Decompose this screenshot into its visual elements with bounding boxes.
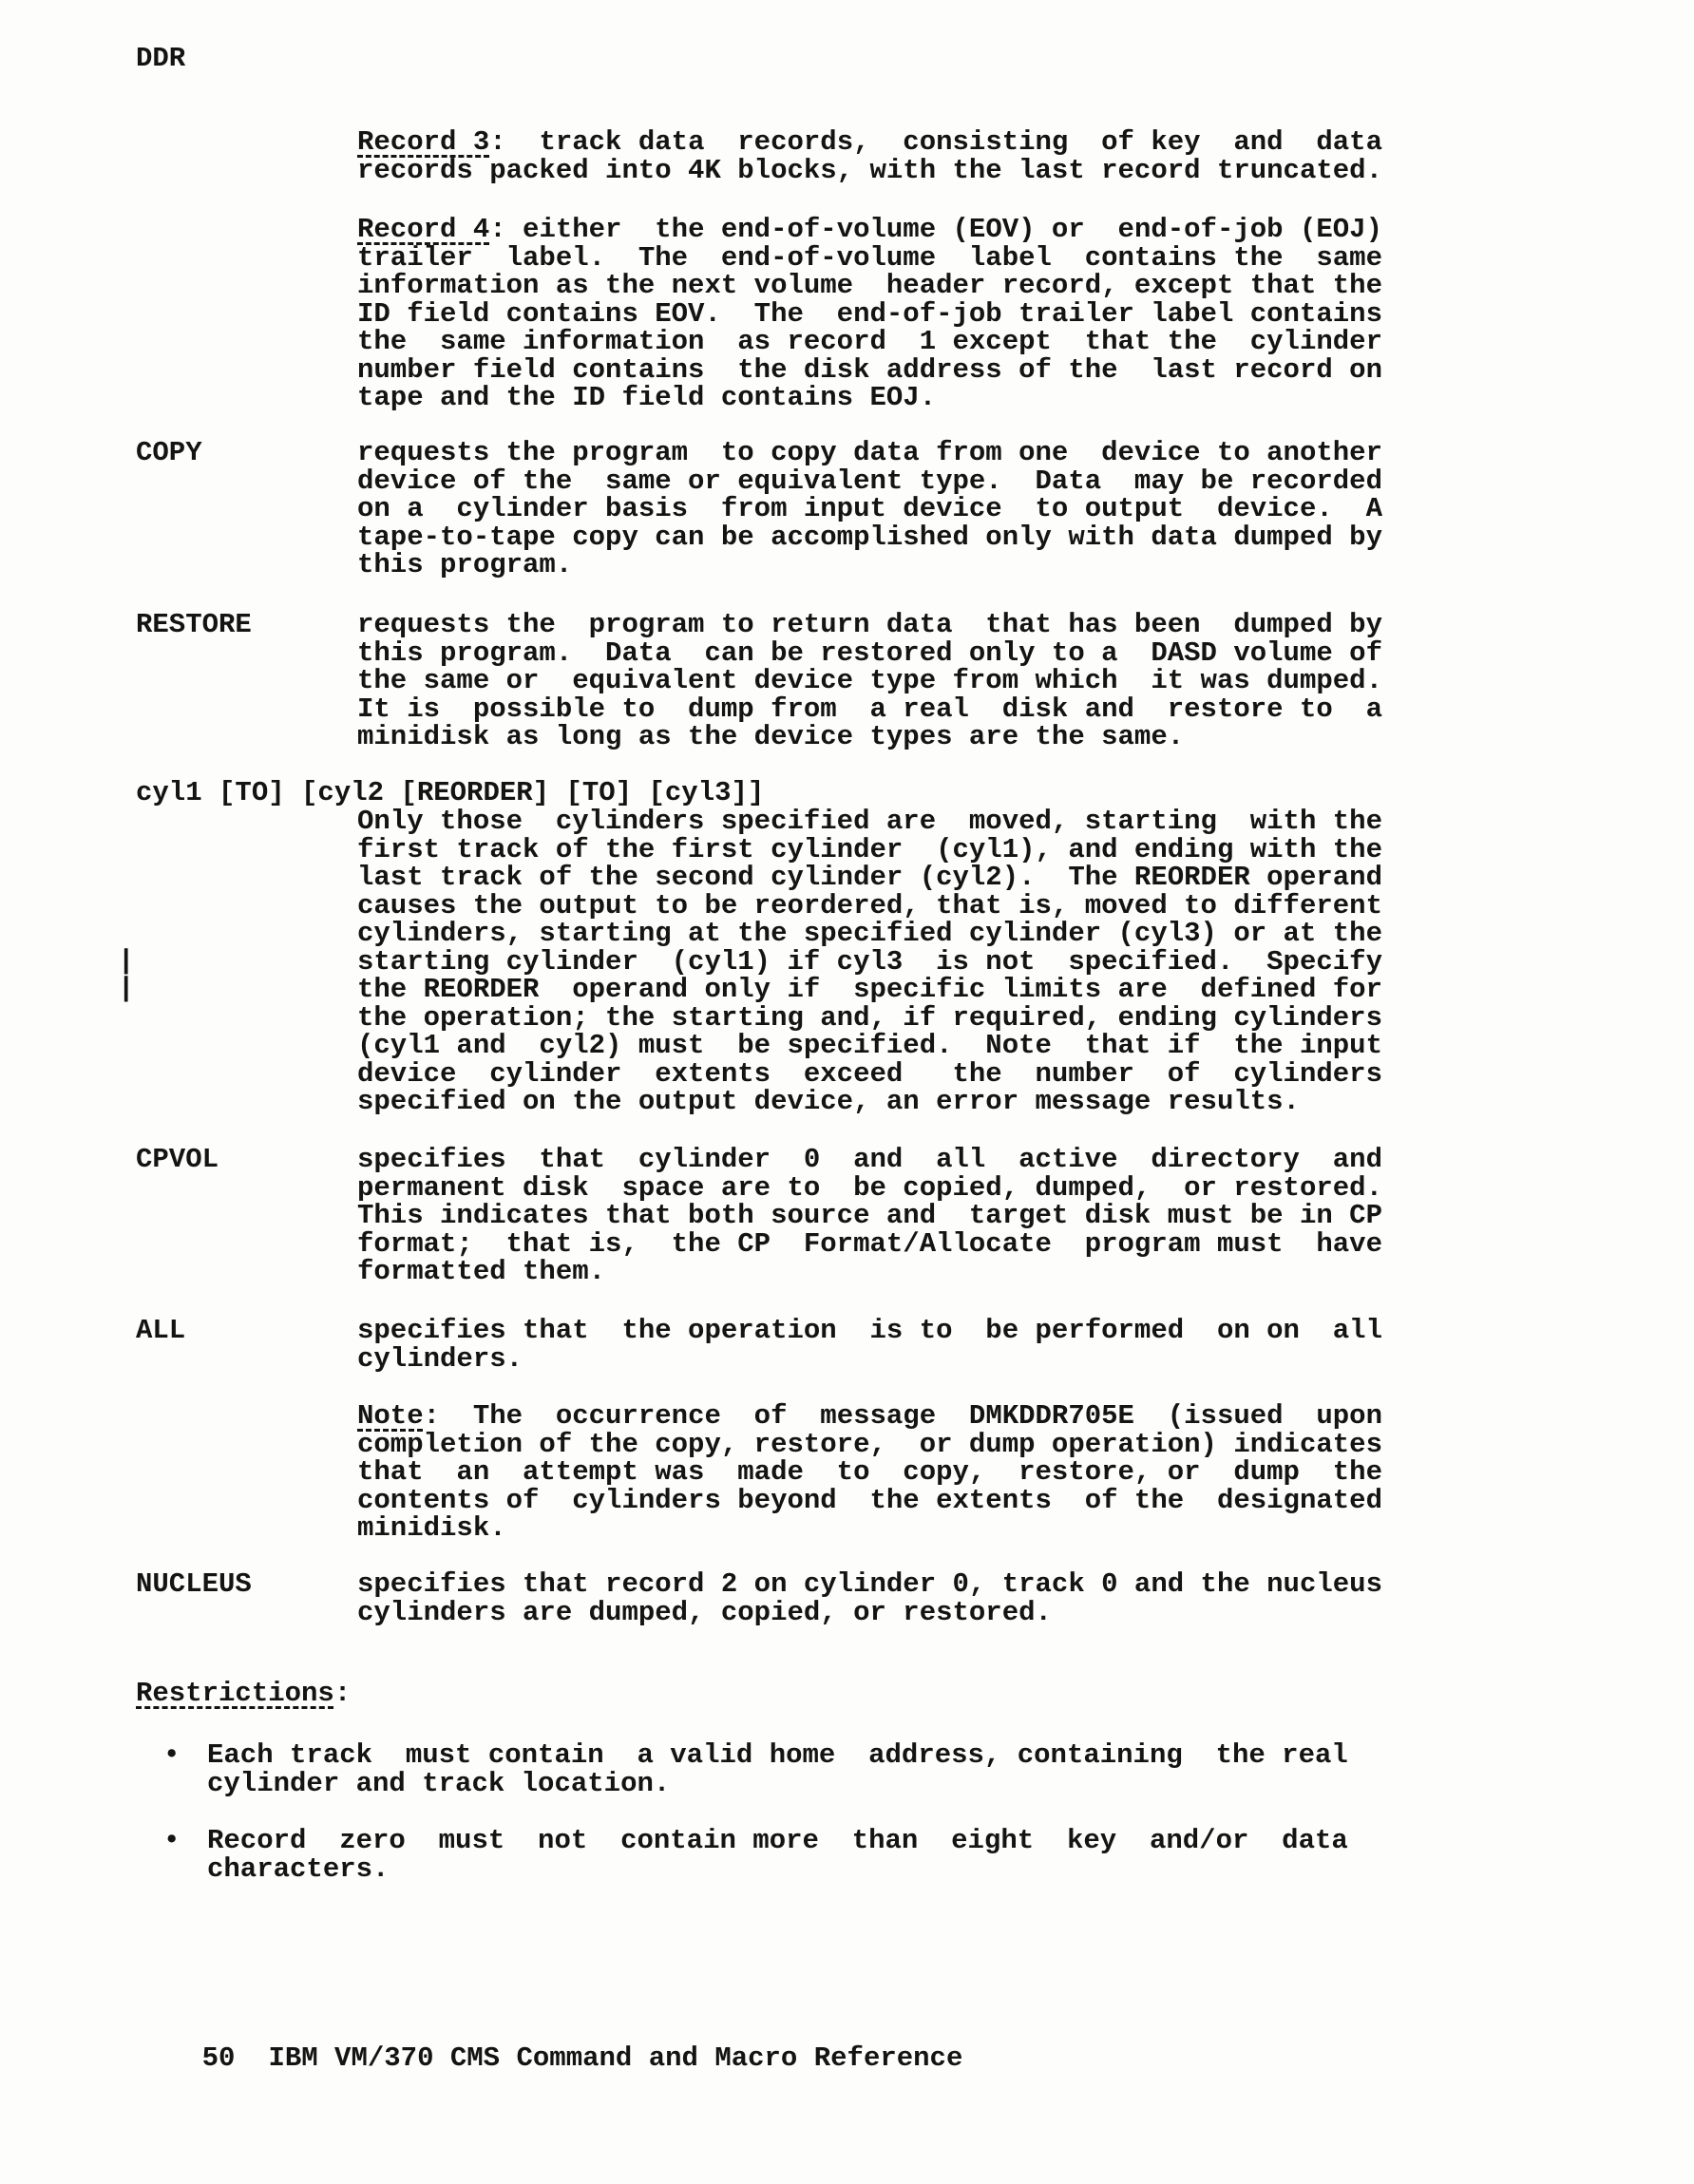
text-line: permanent disk space are to be copied, d… <box>357 1174 1382 1203</box>
underlined-heading: Record 3 <box>357 126 489 158</box>
term-label-restore: RESTORE <box>136 611 252 639</box>
paragraph-bullet2: Record zero must not contain more than e… <box>207 1827 1348 1883</box>
bullet-icon: • <box>163 1827 180 1855</box>
text-line: cylinders. <box>357 1345 1382 1374</box>
text-line: contents of cylinders beyond the extents… <box>357 1487 1382 1515</box>
paragraph-bullet1: Each track must contain a valid home add… <box>207 1741 1348 1797</box>
text-line: information as the next volume header re… <box>357 272 1382 300</box>
term-label-cpvol: CPVOL <box>136 1146 219 1174</box>
paragraph-nucleus: specifies that record 2 on cylinder 0, t… <box>357 1570 1382 1626</box>
scanned-page: DDR Record 3: track data records, consis… <box>0 0 1694 2184</box>
text-line: Only those cylinders specified are moved… <box>357 807 1382 836</box>
text-line: last track of the second cylinder (cyl2)… <box>357 864 1382 892</box>
text-line: the REORDER operand only if specific lim… <box>357 976 1382 1004</box>
paragraph-all: specifies that the operation is to be pe… <box>357 1317 1382 1373</box>
revision-bar: | <box>118 947 134 976</box>
heading-rest: : The occurrence of message DMKDDR705E (… <box>424 1400 1382 1432</box>
paragraph-restrictions: Restrictions: <box>136 1680 351 1708</box>
text-line: requests the program to return data that… <box>357 611 1382 639</box>
text-line: requests the program to copy data from o… <box>357 439 1382 467</box>
text-line: It is possible to dump from a real disk … <box>357 695 1382 724</box>
underlined-heading: Record 4 <box>357 214 489 245</box>
text-line: number field contains the disk address o… <box>357 356 1382 385</box>
text-line: on a cylinder basis from input device to… <box>357 495 1382 523</box>
text-line: the same information as record 1 except … <box>357 328 1382 356</box>
text-line: cylinders, starting at the specified cyl… <box>357 920 1382 948</box>
text-line: specified on the output device, an error… <box>357 1088 1382 1116</box>
text-line: causes the output to be reordered, that … <box>357 892 1382 921</box>
text-line: Each track must contain a valid home add… <box>207 1741 1348 1770</box>
bullet-icon: • <box>163 1741 180 1770</box>
term-label-nucleus: NUCLEUS <box>136 1570 252 1599</box>
text-line: this program. Data can be restored only … <box>357 639 1382 668</box>
text-line: Restrictions: <box>136 1680 351 1708</box>
text-line: formatted them. <box>357 1258 1382 1286</box>
revision-bar: | <box>118 975 134 1003</box>
text-line: specifies that record 2 on cylinder 0, t… <box>357 1570 1382 1599</box>
text-line: records packed into 4K blocks, with the … <box>357 157 1382 185</box>
term-label-all: ALL <box>136 1317 185 1345</box>
text-line: (cyl1 and cyl2) must be specified. Note … <box>357 1032 1382 1060</box>
text-line: Note: The occurrence of message DMKDDR70… <box>357 1402 1382 1431</box>
paragraph-copy: requests the program to copy data from o… <box>357 439 1382 579</box>
heading-rest: : track data records, consisting of key … <box>489 126 1382 158</box>
paragraph-record3: Record 3: track data records, consisting… <box>357 128 1382 184</box>
text-line: tape and the ID field contains EOJ. <box>357 384 1382 412</box>
text-line: first track of the first cylinder (cyl1)… <box>357 836 1382 864</box>
text-line: format; that is, the CP Format/Allocate … <box>357 1230 1382 1259</box>
text-line: completion of the copy, restore, or dump… <box>357 1431 1382 1459</box>
text-line: the operation; the starting and, if requ… <box>357 1004 1382 1033</box>
text-line: trailer label. The end-of-volume label c… <box>357 244 1382 273</box>
text-line: this program. <box>357 551 1382 579</box>
text-line: cylinder and track location. <box>207 1770 1348 1798</box>
term-label-copy: COPY <box>136 439 202 467</box>
paragraph-record4: Record 4: either the end-of-volume (EOV)… <box>357 216 1382 412</box>
text-line: This indicates that both source and targ… <box>357 1202 1382 1230</box>
text-line: that an attempt was made to copy, restor… <box>357 1458 1382 1487</box>
text-line: device cylinder extents exceed the numbe… <box>357 1060 1382 1089</box>
text-line: device of the same or equivalent type. D… <box>357 467 1382 496</box>
text-line: starting cylinder (cyl1) if cyl3 is not … <box>357 948 1382 977</box>
paragraph-note: Note: The occurrence of message DMKDDR70… <box>357 1402 1382 1543</box>
text-line: tape-to-tape copy can be accomplished on… <box>357 523 1382 552</box>
footer-manual-title: IBM VM/370 CMS Command and Macro Referen… <box>268 2042 962 2074</box>
text-line: the same or equivalent device type from … <box>357 667 1382 695</box>
underlined-heading: Note <box>357 1400 424 1432</box>
text-line: cyl1 [TO] [cyl2 [REORDER] [TO] [cyl3]] <box>136 779 764 807</box>
footer-page-number: 50 <box>202 2042 236 2074</box>
text-line: specifies that the operation is to be pe… <box>357 1317 1382 1345</box>
paragraph-restore: requests the program to return data that… <box>357 611 1382 751</box>
heading-rest: : <box>334 1678 351 1709</box>
paragraph-cyl-heading: cyl1 [TO] [cyl2 [REORDER] [TO] [cyl3]] <box>136 779 764 807</box>
text-line: Record zero must not contain more than e… <box>207 1827 1348 1855</box>
text-line: minidisk. <box>357 1514 1382 1543</box>
text-line: cylinders are dumped, copied, or restore… <box>357 1599 1382 1627</box>
text-line: characters. <box>207 1855 1348 1884</box>
text-line: ID field contains EOV. The end-of-job tr… <box>357 300 1382 329</box>
page-header-ddr: DDR <box>136 45 185 73</box>
heading-rest: : either the end-of-volume (EOV) or end-… <box>489 214 1382 245</box>
page-footer: 50IBM VM/370 CMS Command and Macro Refer… <box>136 2016 962 2100</box>
text-line: specifies that cylinder 0 and all active… <box>357 1146 1382 1174</box>
paragraph-cyl-desc: Only those cylinders specified are moved… <box>357 807 1382 1116</box>
paragraph-cpvol: specifies that cylinder 0 and all active… <box>357 1146 1382 1286</box>
text-line: minidisk as long as the device types are… <box>357 723 1382 751</box>
text-line: Record 4: either the end-of-volume (EOV)… <box>357 216 1382 244</box>
text-line: Record 3: track data records, consisting… <box>357 128 1382 157</box>
underlined-heading: Restrictions <box>136 1678 334 1709</box>
